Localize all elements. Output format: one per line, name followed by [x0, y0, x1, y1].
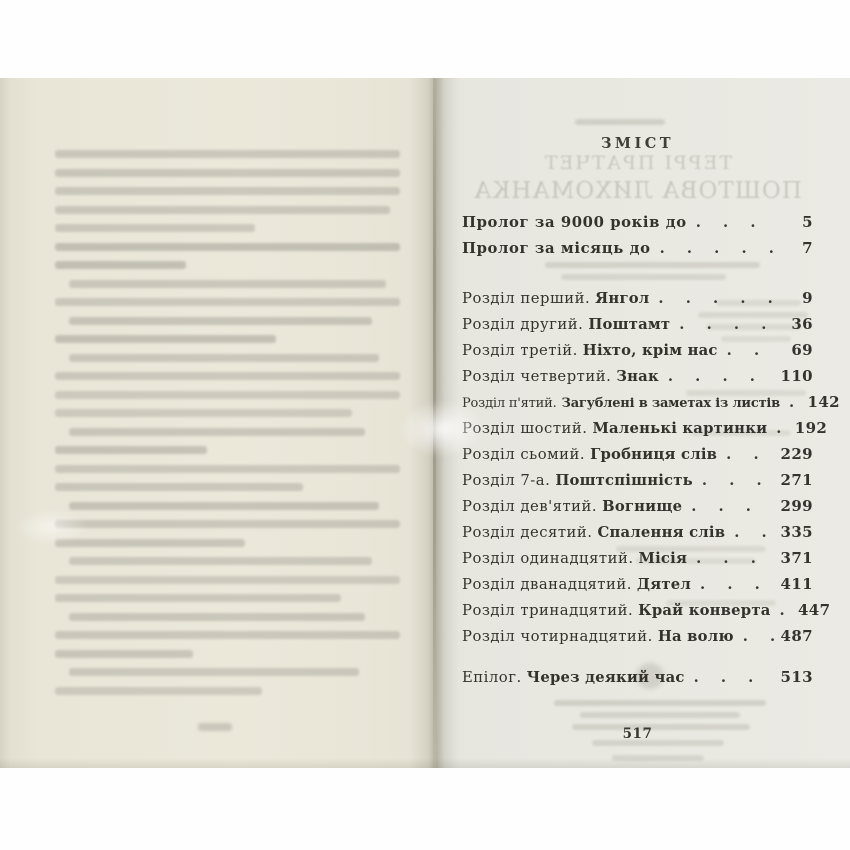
chapter-prefix: Розділ тринадцятий.: [462, 598, 633, 624]
bleedthrough-text-line: [55, 261, 186, 269]
dot-leader: [726, 442, 774, 468]
left-page: [0, 78, 436, 768]
chapter-page-number: 142: [806, 389, 840, 415]
chapter-prefix: Розділ дванадцятий.: [462, 572, 632, 598]
bleedthrough-text-line: [69, 613, 366, 621]
chapter-title: Край конверта: [638, 598, 770, 624]
toc-entry: Розділ шостий.Маленькі картинки192: [462, 415, 813, 441]
chapter-title: Поштамт: [588, 312, 670, 338]
chapter-page-number: 371: [779, 545, 813, 571]
toc-entry: Розділ одинадцятий.Місія371: [462, 545, 813, 571]
photo-glare: [14, 510, 88, 544]
chapter-title: Вогнище: [602, 494, 682, 520]
dot-leader: [696, 210, 774, 236]
toc-entry: Розділ другий.Поштамт36: [462, 311, 813, 337]
chapter-page-number: 299: [779, 493, 813, 519]
toc-entry: Розділ чотирнадцятий.На волю487: [462, 623, 813, 649]
bleedthrough-text-line: [69, 668, 359, 676]
book-photo: ЗМІСТ ТЕРРІ ПРАТЧЕТ ПОШТОВА ЛИХОМАНКА Пр…: [0, 0, 850, 850]
chapter-title: Пролог за 9000 років до: [462, 210, 687, 236]
chapter-page-number: 487: [779, 623, 813, 649]
chapter-prefix: Розділ одинадцятий.: [462, 546, 634, 572]
chapter-page-number: 7: [779, 235, 813, 261]
dot-leader: [700, 572, 774, 598]
chapter-title: Загублені в заметах із листів: [562, 391, 780, 417]
left-page-folio-smudge: [198, 723, 232, 731]
bleedthrough-text-line: [55, 409, 352, 417]
bleedthrough-text-line: [55, 687, 262, 695]
dot-leader: [734, 520, 774, 546]
photo-glare: [398, 400, 486, 458]
bleedthrough-text-line: [554, 700, 766, 706]
bleedthrough-text-line: [55, 446, 207, 454]
bleedthrough-text-line: [55, 243, 400, 251]
chapter-page-number: 513: [779, 664, 813, 690]
bleedthrough-text-line: [69, 317, 373, 325]
bleedthrough-text-line: [55, 335, 276, 343]
chapter-title: Маленькі картинки: [592, 416, 767, 442]
chapter-prefix: Розділ 7-а.: [462, 468, 550, 494]
chapter-prefix: Розділ чотирнадцятий.: [462, 624, 653, 650]
bleedthrough-text-line: [55, 372, 400, 380]
bleedthrough-line: [575, 119, 665, 125]
dot-leader: [658, 286, 774, 312]
bleedthrough-text-line: [55, 631, 400, 639]
chapter-page-number: 192: [793, 415, 827, 441]
dot-leader: [696, 546, 774, 572]
bleedthrough-text-line: [55, 483, 303, 491]
bleedthrough-text-line: [55, 594, 341, 602]
chapter-page-number: 335: [779, 519, 813, 545]
bleedthrough-text-line: [55, 187, 400, 195]
dot-leader: [776, 416, 788, 442]
toc-entry: Розділ тринадцятий.Край конверта447: [462, 597, 813, 623]
bleedthrough-text-line: [69, 280, 386, 288]
bleedthrough-text-line: [55, 650, 193, 658]
bleedthrough-title: ПОШТОВА ЛИХОМАНКА: [462, 176, 813, 206]
chapter-page-number: 271: [779, 467, 813, 493]
dot-leader: [660, 236, 774, 262]
chapter-page-number: 229: [779, 441, 813, 467]
page-number: 517: [462, 726, 813, 742]
toc-entry: Розділ 7-а.Поштспішність271: [462, 467, 813, 493]
chapter-prefix: Розділ другий.: [462, 312, 583, 338]
chapter-prefix: Епілог.: [462, 665, 522, 691]
bleedthrough-text-line: [69, 428, 366, 436]
chapter-title: Ніхто, крім нас: [583, 338, 718, 364]
bleedthrough-text-line: [55, 150, 400, 158]
toc-list: Пролог за 9000 років до5Пролог за місяць…: [462, 209, 813, 690]
bleedthrough-text-line: [55, 206, 390, 214]
bleedthrough-text-line: [55, 169, 400, 177]
chapter-page-number: 411: [779, 571, 813, 597]
bleedthrough-text-line: [69, 557, 373, 565]
dot-leader: [668, 364, 774, 390]
chapter-page-number: 447: [796, 597, 830, 623]
toc-entry: Розділ п'ятий.Загублені в заметах із лис…: [462, 389, 813, 415]
dot-leader: [743, 624, 774, 650]
chapter-prefix: Розділ дев'ятий.: [462, 494, 597, 520]
toc-entry: Розділ четвертий.Знак110: [462, 363, 813, 389]
dot-leader: [679, 312, 774, 338]
chapter-page-number: 36: [779, 311, 813, 337]
bleedthrough-text-line: [55, 520, 400, 528]
toc-entry: Розділ дев'ятий.Вогнище299: [462, 493, 813, 519]
bleedthrough-text-line: [69, 502, 380, 510]
book-bottom-shadow: [0, 758, 850, 768]
bleedthrough-text-line: [55, 391, 400, 399]
bleedthrough-author: ТЕРРІ ПРАТЧЕТ: [462, 150, 813, 176]
toc-entry: Розділ сьомий.Гробниця слів229: [462, 441, 813, 467]
chapter-prefix: Розділ третій.: [462, 338, 578, 364]
chapter-title: Дятел: [637, 572, 691, 598]
dot-leader: [789, 390, 801, 416]
dot-leader: [779, 598, 791, 624]
bleedthrough-text-line: [69, 354, 380, 362]
chapter-prefix: Розділ десятий.: [462, 520, 593, 546]
toc-entry: Пролог за місяць до7: [462, 235, 813, 261]
chapter-title: Янгол: [595, 286, 649, 312]
chapter-title: Через деякий час: [527, 665, 685, 691]
dot-leader: [702, 468, 774, 494]
toc-entry: Розділ перший.Янгол9: [462, 285, 813, 311]
chapter-page-number: 110: [779, 363, 813, 389]
toc-entry: Епілог.Через деякий час513: [462, 664, 813, 690]
chapter-title: Місія: [639, 546, 688, 572]
dot-leader: [727, 338, 774, 364]
chapter-title: Поштспішність: [555, 468, 693, 494]
chapter-prefix: Розділ четвертий.: [462, 364, 611, 390]
dot-leader: [694, 665, 774, 691]
toc-entry: Пролог за 9000 років до5: [462, 209, 813, 235]
chapter-title: На волю: [658, 624, 734, 650]
right-page: ЗМІСТ ТЕРРІ ПРАТЧЕТ ПОШТОВА ЛИХОМАНКА Пр…: [436, 78, 850, 768]
chapter-page-number: 9: [779, 285, 813, 311]
bleedthrough-text-line: [55, 576, 400, 584]
chapter-title: Знак: [616, 364, 659, 390]
chapter-title: Спалення слів: [598, 520, 726, 546]
chapter-page-number: 69: [779, 337, 813, 363]
open-book: ЗМІСТ ТЕРРІ ПРАТЧЕТ ПОШТОВА ЛИХОМАНКА Пр…: [0, 78, 850, 768]
toc-entry: Розділ третій.Ніхто, крім нас69: [462, 337, 813, 363]
bleedthrough-text-line: [55, 224, 255, 232]
chapter-page-number: 5: [779, 209, 813, 235]
toc-entry: Розділ десятий.Спалення слів335: [462, 519, 813, 545]
bleedthrough-text-line: [55, 298, 400, 306]
chapter-title: Гробниця слів: [590, 442, 717, 468]
chapter-title: Пролог за місяць до: [462, 236, 651, 262]
toc-entry: Розділ дванадцятий.Дятел411: [462, 571, 813, 597]
bleedthrough-text-line: [55, 465, 400, 473]
bleedthrough-book-title: ТЕРРІ ПРАТЧЕТ ПОШТОВА ЛИХОМАНКА: [462, 150, 813, 206]
chapter-prefix: Розділ перший.: [462, 286, 590, 312]
bleedthrough-text-line: [580, 712, 740, 718]
dot-leader: [691, 494, 774, 520]
